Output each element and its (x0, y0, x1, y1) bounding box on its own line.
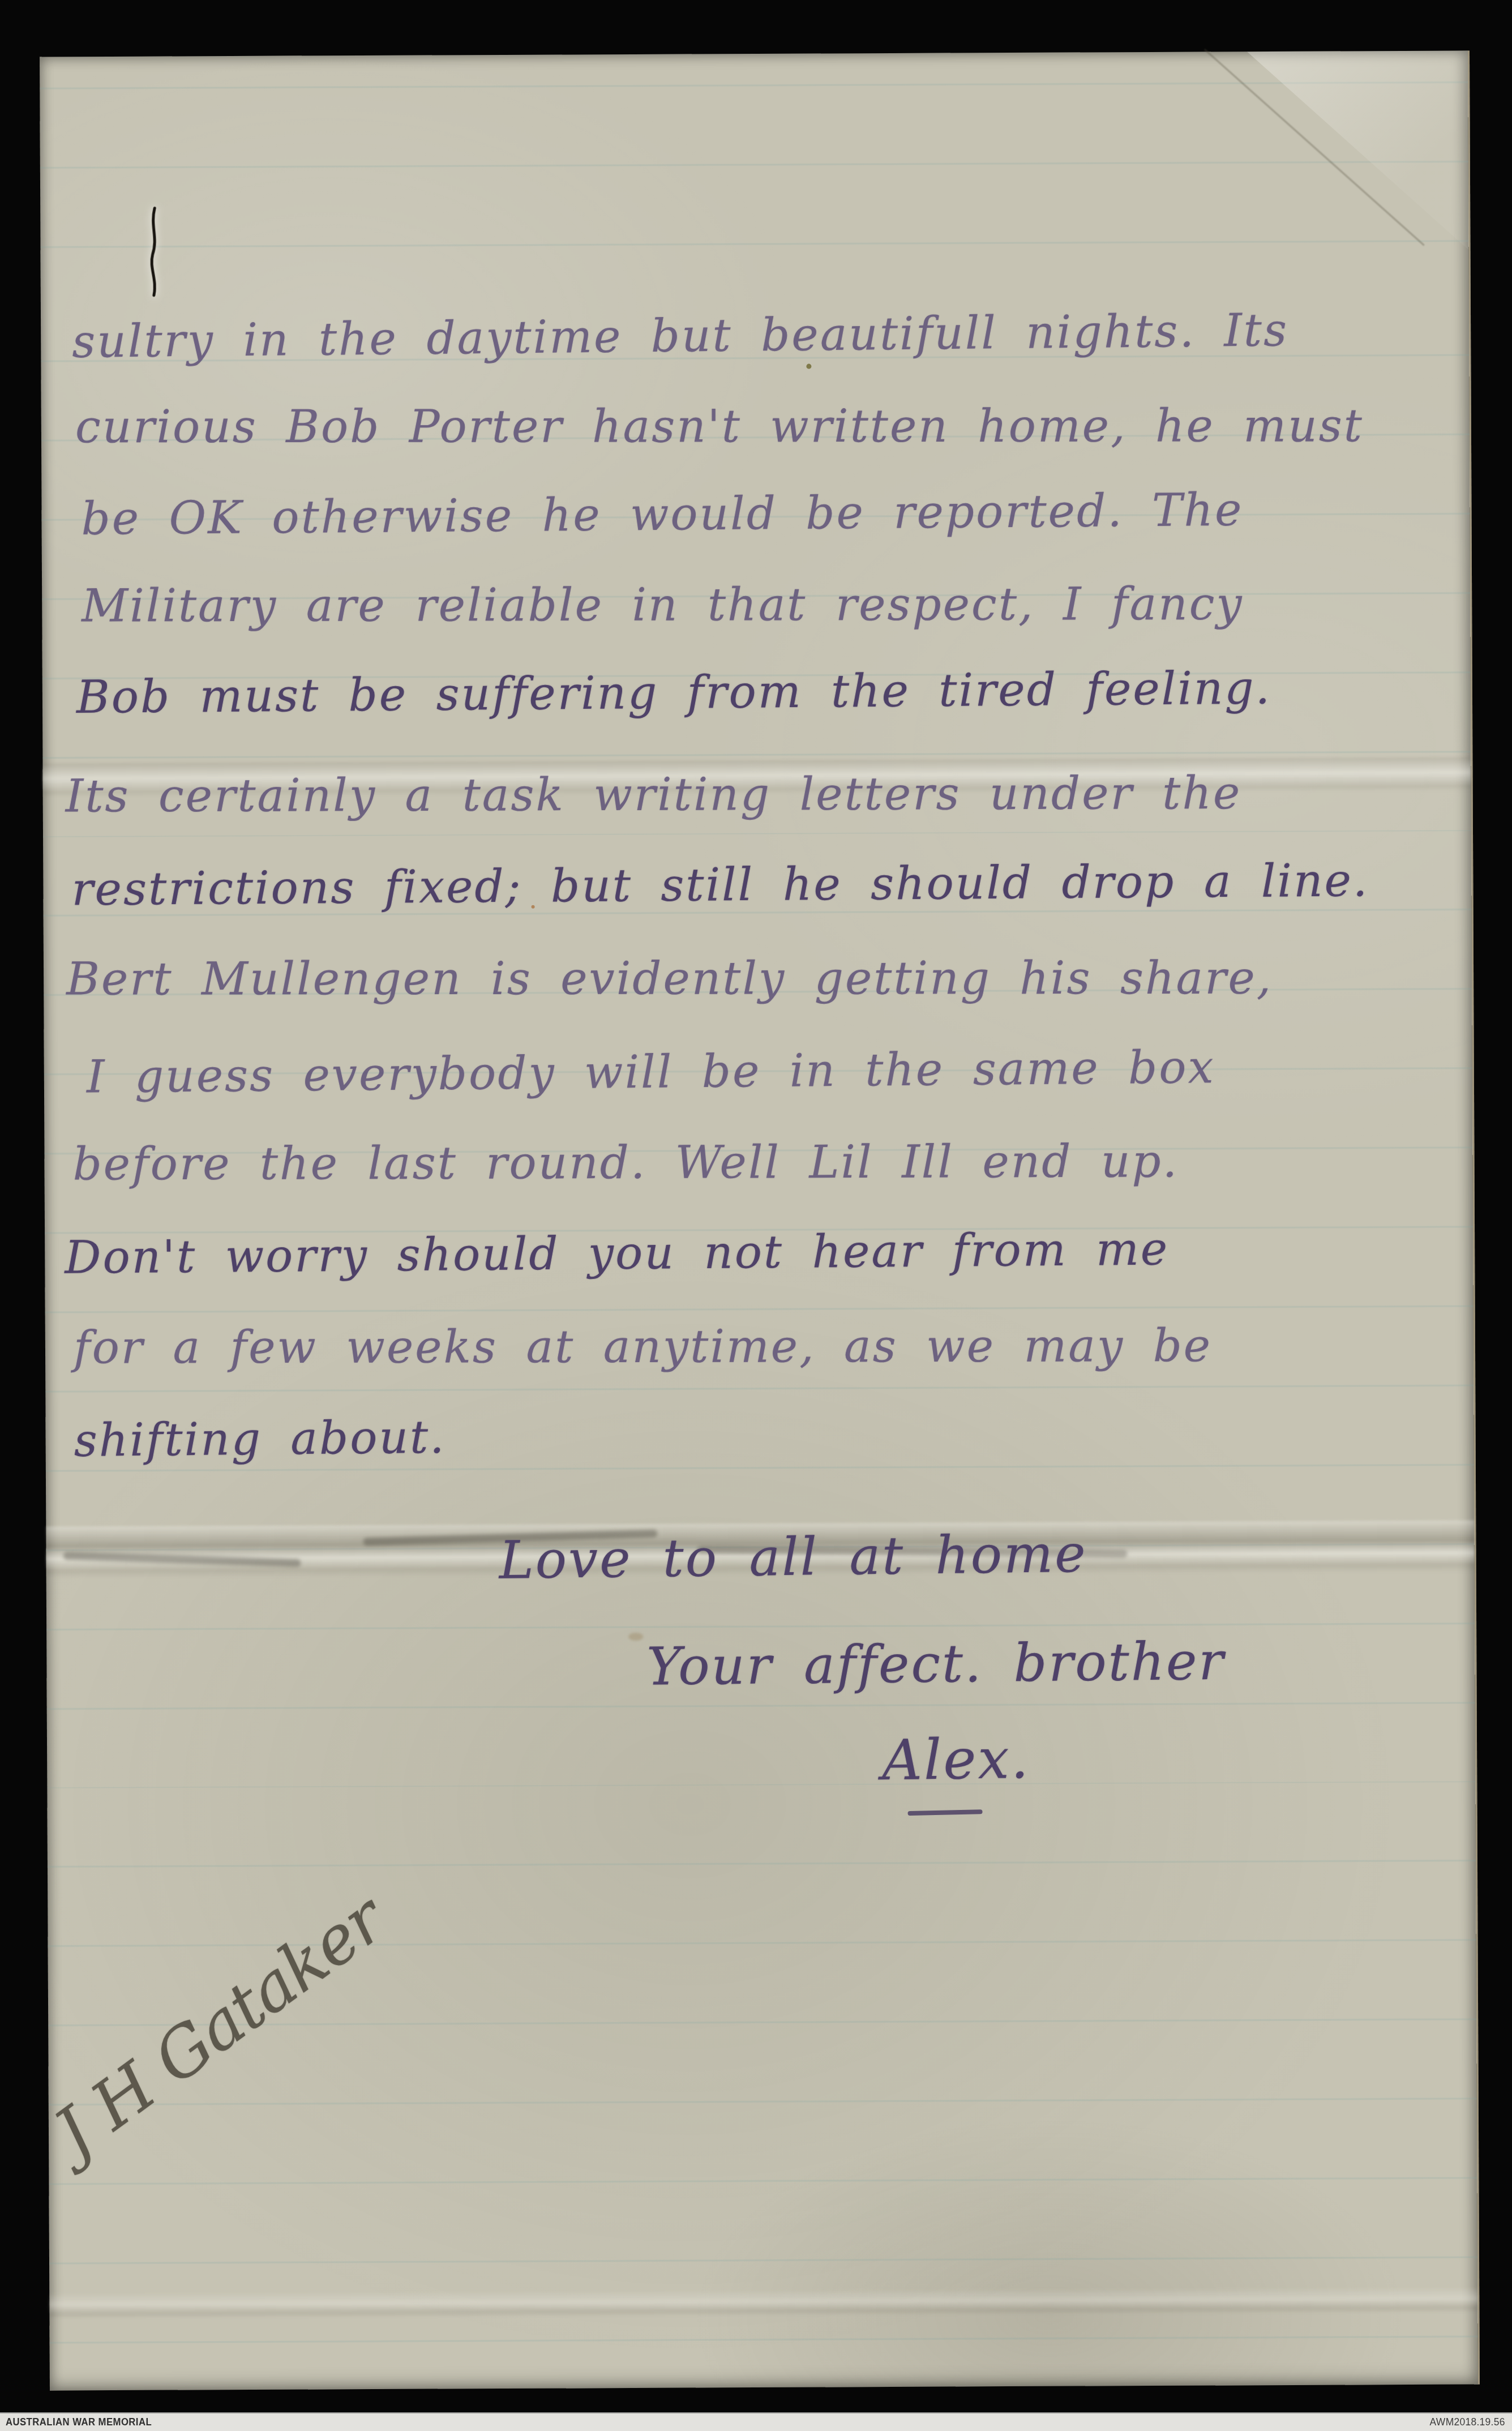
letter-line: restrictions fixed; but still he should … (71, 854, 1369, 915)
letter-line: Bert Mullengen is evidently getting his … (66, 952, 1273, 1005)
letter-line: be OK otherwise he would be reported. Th… (81, 483, 1243, 545)
caption-bar: AUSTRALIAN WAR MEMORIAL AWM2018.19.56 (0, 2412, 1512, 2431)
letter-line: before the last round. Well Lil Ill end … (72, 1135, 1179, 1190)
closing-line: Your affect. brother (646, 1631, 1226, 1697)
paper-blemish (806, 364, 811, 369)
letter-line: Its certainly a task writing letters und… (66, 767, 1242, 822)
closing-line: Love to all at home (499, 1523, 1087, 1591)
paper-blemish (628, 1633, 643, 1641)
letter-signature: Alex. (881, 1727, 1030, 1793)
letter-line: I guess everybody will be in the same bo… (86, 1041, 1215, 1103)
letter-page: sultry in the daytime but beautifull nig… (40, 51, 1480, 2391)
accession-number: AWM2018.19.56 (1430, 2416, 1505, 2429)
institution-label: AUSTRALIAN WAR MEMORIAL (6, 2416, 152, 2429)
letter-line: curious Bob Porter hasn't written home, … (75, 399, 1364, 453)
paper-tear (141, 205, 166, 304)
scan-stage: sultry in the daytime but beautifull nig… (0, 0, 1512, 2431)
letter-line: Military are reliable in that respect, I… (82, 577, 1244, 632)
letter-line: Bob must be suffering from the tired fee… (76, 661, 1272, 724)
letter-line: for a few weeks at anytime, as we may be (74, 1319, 1212, 1374)
letter-line: Don't worry should you not hear from me (65, 1222, 1170, 1283)
letter-line: shifting about. (74, 1411, 446, 1467)
